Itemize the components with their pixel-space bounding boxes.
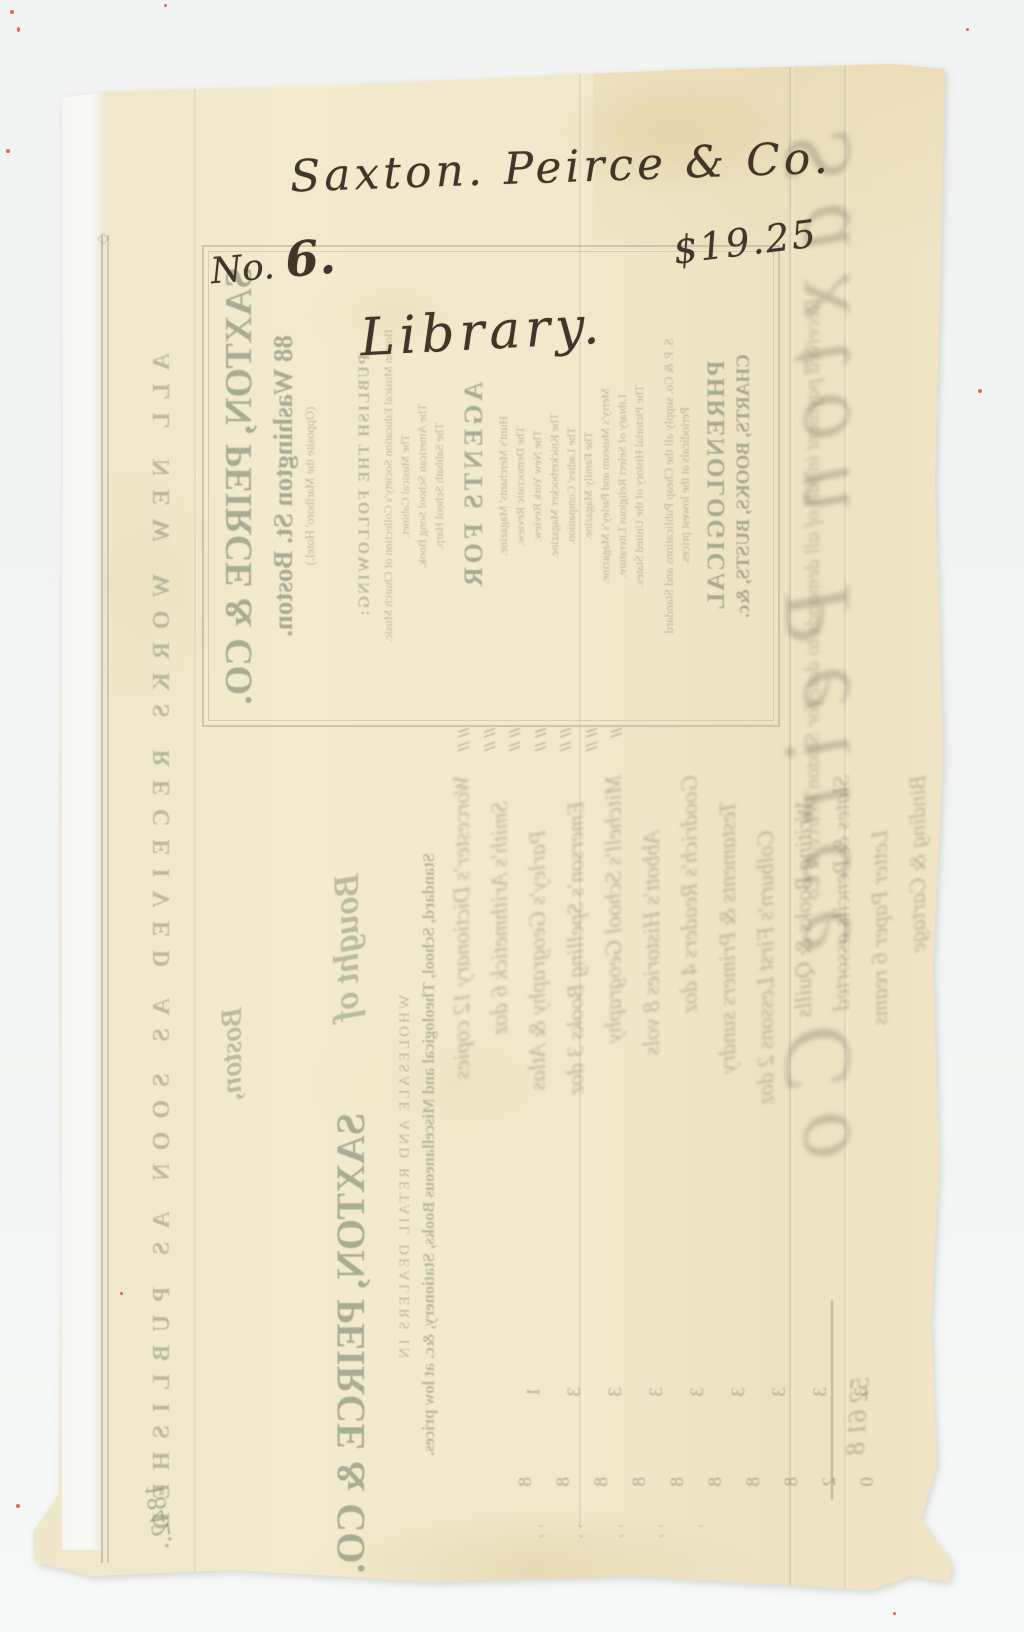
bill-line: Mitchell's School Geography xyxy=(595,775,633,1105)
bill-line: Goodrich's Readers 4 doz xyxy=(671,775,709,1105)
bill-line: Abbott's Histories 8 vols xyxy=(633,775,671,1105)
agency-item: Library of Select Religious Literature. xyxy=(614,247,631,725)
edge-slogan: ALL NEW WORKS RECEIVED AS SOON AS PUBLIS… xyxy=(149,353,176,1562)
red-speck xyxy=(164,4,167,7)
ditto-mark-column: // // // // // // // // // // // // // xyxy=(451,728,630,758)
red-speck xyxy=(10,10,14,14)
goods-line: Standard, School, Theological and Miscel… xyxy=(419,853,439,1456)
small-pencil-script: Received payment in full of all demands … xyxy=(800,298,825,900)
bill-line: Worcester's Dictionary 12 copies xyxy=(443,775,481,1105)
scanned-document: ◇ ALL NEW WORKS RECEIVED AS SOON AS PUBL… xyxy=(0,0,1024,1632)
bill-line: Testaments & Primers sundry xyxy=(709,775,747,1105)
agency-item: The Pictorial History of the United Stat… xyxy=(631,247,648,725)
red-speck xyxy=(893,1612,896,1615)
firm-name: SAXTON, PEIRCE & CO. xyxy=(217,247,261,725)
receipt-paper: ◇ ALL NEW WORKS RECEIVED AS SOON AS PUBL… xyxy=(33,64,954,1590)
check-mark-column: › › › › › › › › › xyxy=(520,1523,720,1543)
border-rule xyxy=(101,235,103,1563)
red-speck xyxy=(120,1292,123,1295)
supply-note: S. P. & Co. supply all the Cheap Publica… xyxy=(661,247,693,725)
bill-line: Smith's Arithmetick 6 doz xyxy=(481,775,519,1105)
address-note: (Opposite the Marlboro' Hotel.) xyxy=(303,247,318,725)
number-value: 6. xyxy=(283,229,338,289)
red-speck xyxy=(6,149,10,153)
red-speck xyxy=(978,389,982,393)
front-side-bleed-through: ◇ ALL NEW WORKS RECEIVED AS SOON AS PUBL… xyxy=(45,65,945,1565)
red-speck xyxy=(16,1504,20,1508)
dealers-line: WHOLESALE AND RETAIL DEALERS IN xyxy=(397,995,414,1361)
handwritten-category: Library. xyxy=(359,296,606,369)
phrenological-line: CHARTS, BOOKS, BUSTS, &c. xyxy=(733,247,755,725)
total-figures: 52 61 8 xyxy=(840,1376,875,1456)
price-column-dollars: 1 3 3 3 3 3 3 3 3 xyxy=(513,1387,882,1407)
price-column-cents: 8 8 8 8 8 8 8 8 2 0 xyxy=(507,1477,887,1497)
printer-ornament: ◇ xyxy=(93,233,112,245)
category-underline xyxy=(33,62,241,70)
firm-address: 88 Washington St. Boston. xyxy=(268,247,299,725)
paper-sheet: ◇ ALL NEW WORKS RECEIVED AS SOON AS PUBL… xyxy=(33,64,954,1590)
place-line: Boston, xyxy=(215,1007,249,1101)
bill-line: Parley's Geography & Atlas xyxy=(519,775,557,1105)
bill-line: Binding & Cartage xyxy=(899,775,937,1105)
phrenological-line: PHRENOLOGICAL xyxy=(703,247,731,725)
number-label: No. xyxy=(209,246,276,292)
bill-line: Emerson's Spelling Books 3 doz xyxy=(557,775,595,1105)
border-rule xyxy=(107,235,109,1563)
total-rule xyxy=(831,1300,833,1500)
handwritten-number: No. 6. xyxy=(208,229,338,296)
firm-name-large: SAXTON, PEIRCE & CO. xyxy=(327,1113,374,1573)
red-speck xyxy=(966,28,969,31)
bought-of-script: Bought of xyxy=(325,873,367,1022)
red-speck xyxy=(17,27,20,32)
